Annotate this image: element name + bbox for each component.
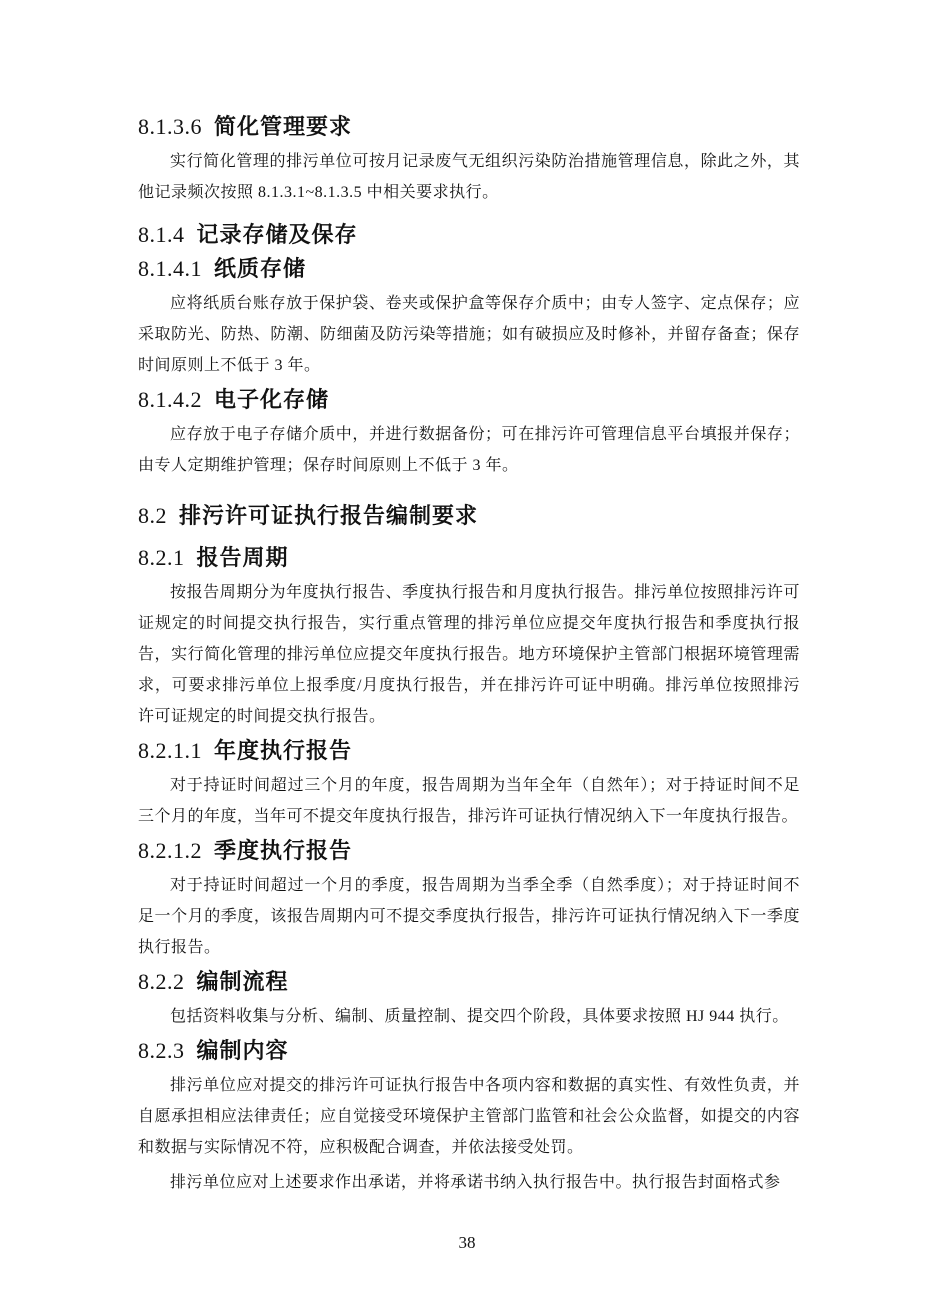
section-number: 8.1.4.2: [138, 387, 202, 412]
section-number: 8.2.2: [138, 969, 185, 994]
section-number: 8.1.4: [138, 222, 185, 247]
para-quarterly-report: 对于持证时间超过一个月的季度，报告周期为当季全季（自然季度）；对于持证时间不足一…: [138, 870, 800, 963]
section-number: 8.2.3: [138, 1038, 185, 1063]
para-commitment: 排污单位应对上述要求作出承诺，并将承诺书纳入执行报告中。执行报告封面格式参: [138, 1167, 800, 1198]
page-number: 38: [0, 1232, 934, 1254]
heading-8-1-4: 8.1.4记录存储及保存: [138, 220, 800, 250]
section-title: 报告周期: [197, 545, 289, 570]
heading-8-2-1-1: 8.2.1.1年度执行报告: [138, 736, 800, 766]
section-number: 8.2.1.1: [138, 738, 202, 763]
para-electronic-storage: 应存放于电子存储介质中，并进行数据备份；可在排污许可管理信息平台填报并保存；由专…: [138, 419, 800, 481]
heading-8-1-3-6: 8.1.3.6简化管理要求: [138, 112, 800, 142]
section-title: 纸质存储: [214, 256, 306, 281]
section-title: 编制流程: [197, 969, 289, 994]
heading-8-2-2: 8.2.2编制流程: [138, 967, 800, 997]
heading-8-2: 8.2排污许可证执行报告编制要求: [138, 501, 800, 531]
section-number: 8.2: [138, 503, 167, 528]
section-title: 记录存储及保存: [197, 222, 358, 247]
heading-8-2-1: 8.2.1报告周期: [138, 543, 800, 573]
para-compilation-process: 包括资料收集与分析、编制、质量控制、提交四个阶段，具体要求按照 HJ 944 执…: [138, 1001, 800, 1032]
section-title: 简化管理要求: [214, 114, 352, 139]
heading-8-1-4-1: 8.1.4.1纸质存储: [138, 254, 800, 284]
heading-8-2-1-2: 8.2.1.2季度执行报告: [138, 836, 800, 866]
section-title: 季度执行报告: [214, 838, 352, 863]
section-title: 电子化存储: [214, 387, 329, 412]
section-title: 编制内容: [197, 1038, 289, 1063]
section-number: 8.2.1: [138, 545, 185, 570]
section-title: 年度执行报告: [214, 738, 352, 763]
section-number: 8.1.3.6: [138, 114, 202, 139]
section-number: 8.1.4.1: [138, 256, 202, 281]
para-annual-report: 对于持证时间超过三个月的年度，报告周期为当年全年（自然年）；对于持证时间不足三个…: [138, 770, 800, 832]
document-page: 8.1.3.6简化管理要求 实行简化管理的排污单位可按月记录废气无组织污染防治措…: [0, 0, 934, 1313]
para-report-period: 按报告周期分为年度执行报告、季度执行报告和月度执行报告。排污单位按照排污许可证规…: [138, 577, 800, 732]
para-compilation-content: 排污单位应对提交的排污许可证执行报告中各项内容和数据的真实性、有效性负责，并自愿…: [138, 1070, 800, 1163]
heading-8-2-3: 8.2.3编制内容: [138, 1036, 800, 1066]
section-title: 排污许可证执行报告编制要求: [179, 503, 478, 528]
para-simplified-management: 实行简化管理的排污单位可按月记录废气无组织污染防治措施管理信息，除此之外，其他记…: [138, 146, 800, 208]
heading-8-1-4-2: 8.1.4.2电子化存储: [138, 385, 800, 415]
para-paper-storage: 应将纸质台账存放于保护袋、卷夹或保护盒等保存介质中；由专人签字、定点保存；应采取…: [138, 288, 800, 381]
section-number: 8.2.1.2: [138, 838, 202, 863]
